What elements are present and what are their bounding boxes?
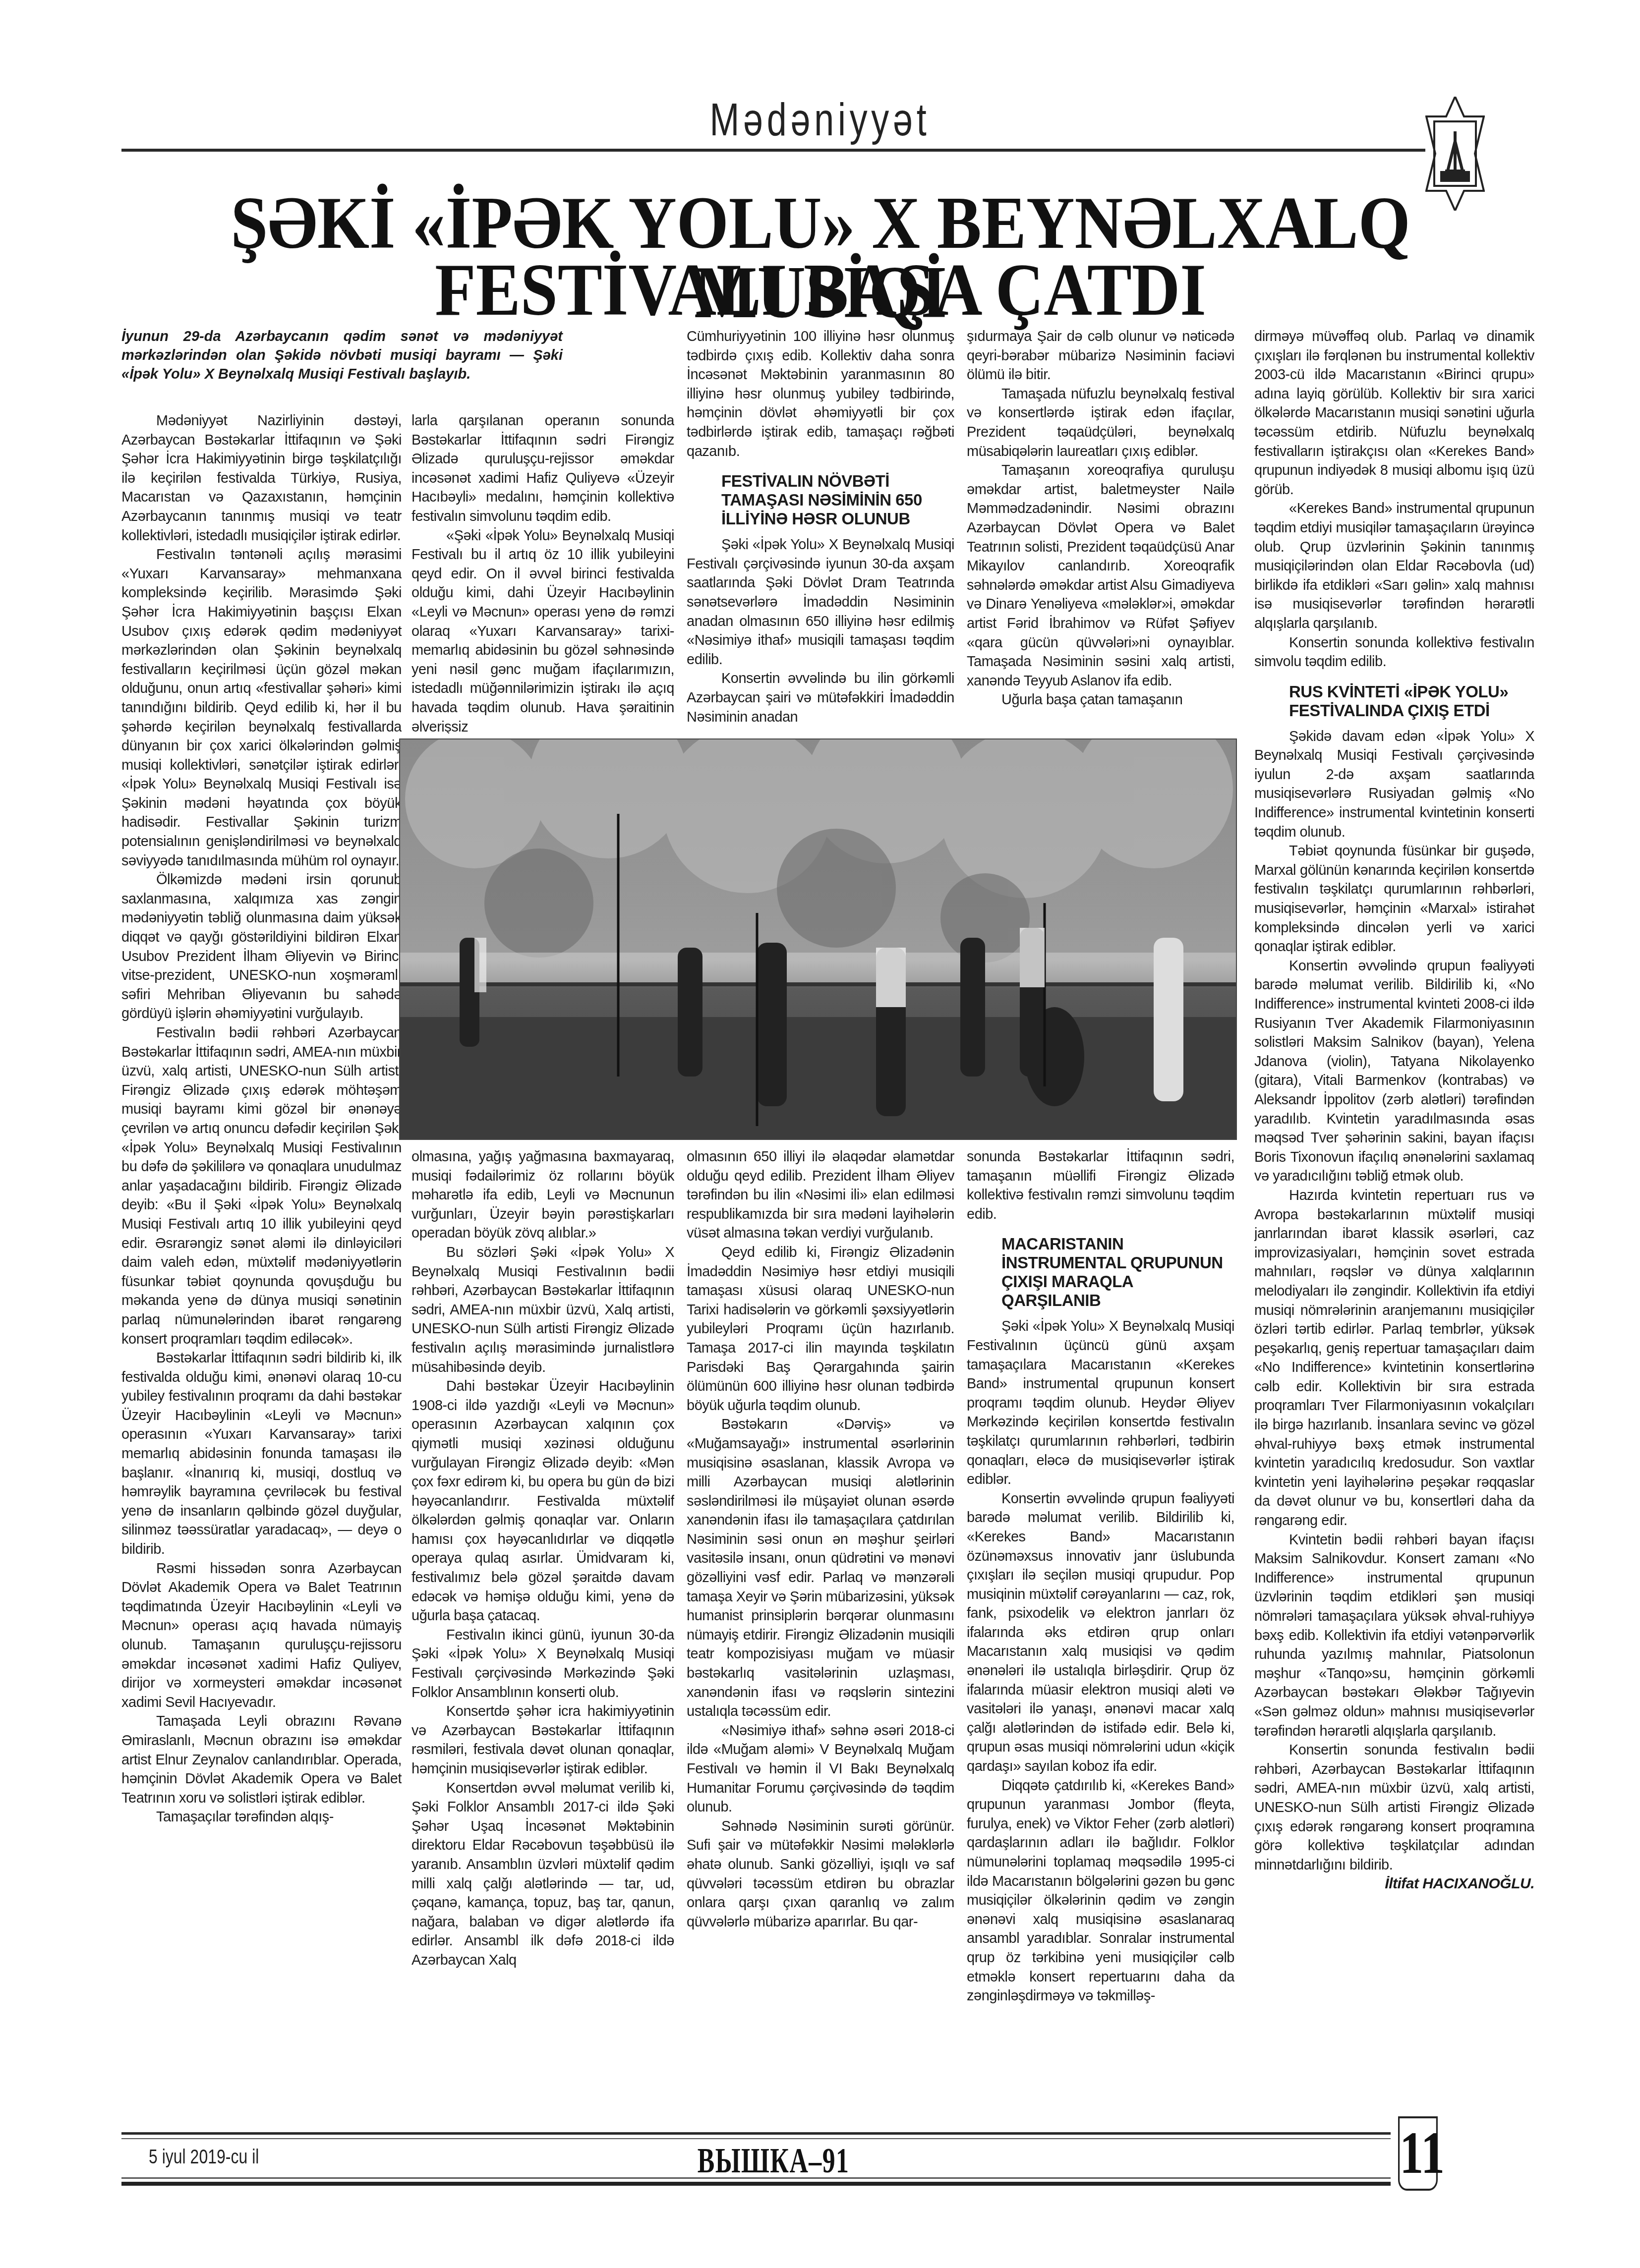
paragraph: Bu sözləri Şəki «İpək Yolu» X Beynəlxalq… <box>411 1243 674 1377</box>
paragraph: Hazırda kvintetin repertuarı rus və Avro… <box>1254 1186 1534 1531</box>
paragraph: Şəkidə davam edən «İpək Yolu» X Beynəlxa… <box>1254 727 1534 842</box>
paragraph: larla qarşılanan operanın sonunda Bəstək… <box>411 411 674 526</box>
paragraph: «Kerekes Band» instrumental qrupunun təq… <box>1254 499 1534 633</box>
column-1: Mədəniyyət Nazirliyinin dəstəyi, Azərbay… <box>121 411 402 2126</box>
column-3-top: Cümhuriyyətinin 100 illiyinə həsr olunmu… <box>687 327 954 734</box>
footer-rule <box>121 2138 1391 2139</box>
paragraph: Tamaşada Leyli obrazını Rəvanə Əmiraslan… <box>121 1712 402 1808</box>
paragraph: Konsertin əvvəlində qrupun fəaliyyəti ba… <box>967 1489 1234 1776</box>
header-rule <box>121 149 1425 152</box>
section-label: Mədəniyyət <box>180 94 1460 146</box>
paragraph: sonunda Bəstəkarlar İttifaqının sədri, t… <box>967 1147 1234 1224</box>
paragraph: Bəstəkarlar İttifaqının sədri bildirib k… <box>121 1349 402 1559</box>
paragraph: Festivalın ikinci günü, iyunun 30-da Şək… <box>411 1626 674 1702</box>
paragraph: Konsertdə şəhər icra hakimiyyətinin və A… <box>411 1702 674 1778</box>
paragraph: Uğurla başa çatan tamaşanın <box>967 690 1234 710</box>
paragraph: Şəki «İpək Yolu» X Beynəlxalq Musiqi Fes… <box>967 1317 1234 1489</box>
concert-photo <box>399 738 1237 1140</box>
paragraph: Rəsmi hissədən sonra Azərbaycan Dövlət A… <box>121 1559 402 1712</box>
column-4-top: şıdurmaya Şair də cəlb olunur və nəticəd… <box>967 327 1234 734</box>
paragraph: Tamaşaçılar tərəfindən alqış- <box>121 1808 402 1827</box>
paragraph: Tamaşanın xoreoqrafiya quruluşu əməkdar … <box>967 461 1234 690</box>
paragraph: Tamaşada nüfuzlu beynəlxalq festival və … <box>967 385 1234 461</box>
paragraph: olmasına, yağış yağmasına baxmayaraq, mu… <box>411 1147 674 1243</box>
subheading-russian-quintet: RUS KVİNTETİ «İPƏK YOLU» FESTİVALINDA ÇI… <box>1254 682 1534 720</box>
paragraph: Konsertin sonunda festivalın bədii rəhbə… <box>1254 1741 1534 1874</box>
subheading-hungarian-group: MACARISTANIN İNSTRUMENTAL QRUPUNUN ÇIXIŞ… <box>967 1235 1234 1310</box>
paragraph: Kvintetin bədii rəhbəri bayan ifaçısı Ma… <box>1254 1531 1534 1741</box>
paragraph: «Nəsimiyə ithaf» səhnə əsəri 2018-ci ild… <box>687 1721 954 1817</box>
paragraph: Şəki «İpək Yolu» X Beynəlxalq Musiqi Fes… <box>687 535 954 669</box>
paragraph: Konsertin sonunda kollektivə festivalın … <box>1254 633 1534 672</box>
subheading-nasimi-650: FESTİVALIN NÖVBƏTİ TAMAŞASI NƏSİMİNİN 65… <box>687 472 954 528</box>
paragraph: dirməyə müvəffəq olub. Parlaq və dinamik… <box>1254 327 1534 499</box>
author-byline: İltifat HACIXANOĞLU. <box>1254 1874 1534 1894</box>
issue-date: 5 iyul 2019-cu il <box>149 2146 259 2168</box>
paragraph: Bəstəkarın «Dərviş» və «Muğamsayağı» ins… <box>687 1415 954 1721</box>
headline-line-2: FESTİVALI BAŞA ÇATDI <box>136 255 1506 325</box>
paragraph: Festivalın təntənəli açılış mərasimi «Yu… <box>121 545 402 870</box>
paragraph: Konsertin əvvəlində qrupun fəaliyyəti ba… <box>1254 957 1534 1186</box>
paragraph: Mədəniyyət Nazirliyinin dəstəyi, Azərbay… <box>121 411 402 545</box>
column-4-bottom: sonunda Bəstəkarlar İttifaqının sədri, t… <box>967 1147 1234 2119</box>
footer-rule <box>121 2182 1391 2186</box>
footer-rule <box>121 2177 1391 2179</box>
paragraph: Cümhuriyyətinin 100 illiyinə həsr olunmu… <box>687 327 954 461</box>
page-number: 11 <box>1398 2116 1438 2191</box>
paragraph: şıdurmaya Şair də cəlb olunur və nəticəd… <box>967 327 1234 385</box>
paragraph: Təbiət qoynunda füsünkar bir guşədə, Mar… <box>1254 842 1534 957</box>
article-lead: İyunun 29-da Azərbaycanın qədim sənət və… <box>121 327 563 384</box>
column-2-bottom: olmasına, yağış yağmasına baxmayaraq, mu… <box>411 1147 674 2119</box>
publication-title: ВЫШКА–91 <box>681 2140 866 2181</box>
column-5: dirməyə müvəffəq olub. Parlaq və dinamik… <box>1254 327 1534 2111</box>
paragraph: Diqqətə çatdırılıb ki, «Kerekes Band» qr… <box>967 1776 1234 2006</box>
paragraph: Səhnədə Nəsiminin surəti görünür. Sufi ş… <box>687 1817 954 1932</box>
column-3-bottom: olmasının 650 illiyi ilə əlaqədar əlamət… <box>687 1147 954 2119</box>
paragraph: olmasının 650 illiyi ilə əlaqədar əlamət… <box>687 1147 954 1243</box>
footer-rule <box>121 2132 1391 2135</box>
paragraph: Konsertdən əvvəl məlumat verilib ki, Şək… <box>411 1779 674 1970</box>
paragraph: Konsertin əvvəlində bu ilin görkəmli Azə… <box>687 669 954 727</box>
paragraph: «Şəki «İpək Yolu» Beynəlxalq Musiqi Fest… <box>411 526 674 734</box>
paragraph: Qeyd edilib ki, Firəngiz Əlizadənin İmad… <box>687 1243 954 1415</box>
paragraph: Ölkəmizdə mədəni irsin qorunub saxlanmas… <box>121 870 402 1023</box>
paragraph: Festivalın bədii rəhbəri Azərbaycan Bəst… <box>121 1023 402 1349</box>
paragraph: Dahi bəstəkar Üzeyir Hacıbəylinin 1908-c… <box>411 1377 674 1626</box>
column-2-top: larla qarşılanan operanın sonunda Bəstək… <box>411 411 674 734</box>
